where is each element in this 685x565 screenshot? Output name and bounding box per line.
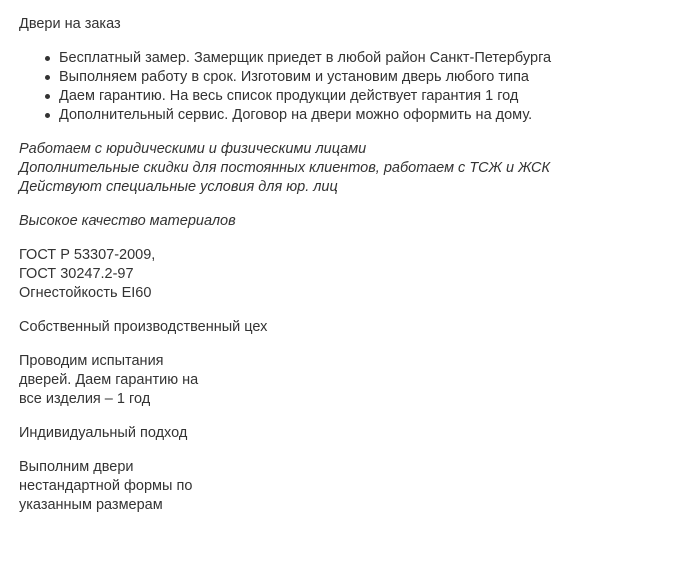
list-item: Выполняем работу в срок. Изготовим и уст…	[59, 68, 685, 87]
standard-line: ГОСТ Р 53307-2009,	[19, 246, 685, 265]
custom-line: Выполним двери	[19, 458, 685, 477]
testing-line: дверей. Даем гарантию на	[19, 371, 685, 390]
list-item: Бесплатный замер. Замерщик приедет в люб…	[59, 49, 685, 68]
features-list: Бесплатный замер. Замерщик приедет в люб…	[19, 49, 685, 125]
bullet-icon	[45, 113, 50, 118]
clients-block: Работаем с юридическими и физическими ли…	[19, 140, 685, 197]
testing-block: Проводим испытания дверей. Даем гарантию…	[19, 352, 685, 409]
clients-line: Действуют специальные условия для юр. ли…	[19, 178, 685, 197]
quality-heading: Высокое качество материалов	[19, 212, 685, 231]
custom-block: Выполним двери нестандартной формы по ук…	[19, 458, 685, 515]
bullet-icon	[45, 75, 50, 80]
standard-line: ГОСТ 30247.2-97	[19, 265, 685, 284]
testing-line: все изделия – 1 год	[19, 390, 685, 409]
page-content: Двери на заказ Бесплатный замер. Замерщи…	[0, 0, 685, 515]
clients-line: Работаем с юридическими и физическими ли…	[19, 140, 685, 159]
standards-block: ГОСТ Р 53307-2009, ГОСТ 30247.2-97 Огнес…	[19, 246, 685, 303]
list-item: Даем гарантию. На весь список продукции …	[59, 87, 685, 106]
bullet-icon	[45, 94, 50, 99]
clients-line: Дополнительные скидки для постоянных кли…	[19, 159, 685, 178]
list-item: Дополнительный сервис. Договор на двери …	[59, 106, 685, 125]
custom-line: нестандартной формы по	[19, 477, 685, 496]
page-title: Двери на заказ	[19, 15, 685, 34]
standard-line: Огнестойкость EI60	[19, 284, 685, 303]
bullet-icon	[45, 56, 50, 61]
approach-text: Индивидуальный подход	[19, 424, 685, 443]
testing-line: Проводим испытания	[19, 352, 685, 371]
workshop-text: Собственный производственный цех	[19, 318, 685, 337]
custom-line: указанным размерам	[19, 496, 685, 515]
